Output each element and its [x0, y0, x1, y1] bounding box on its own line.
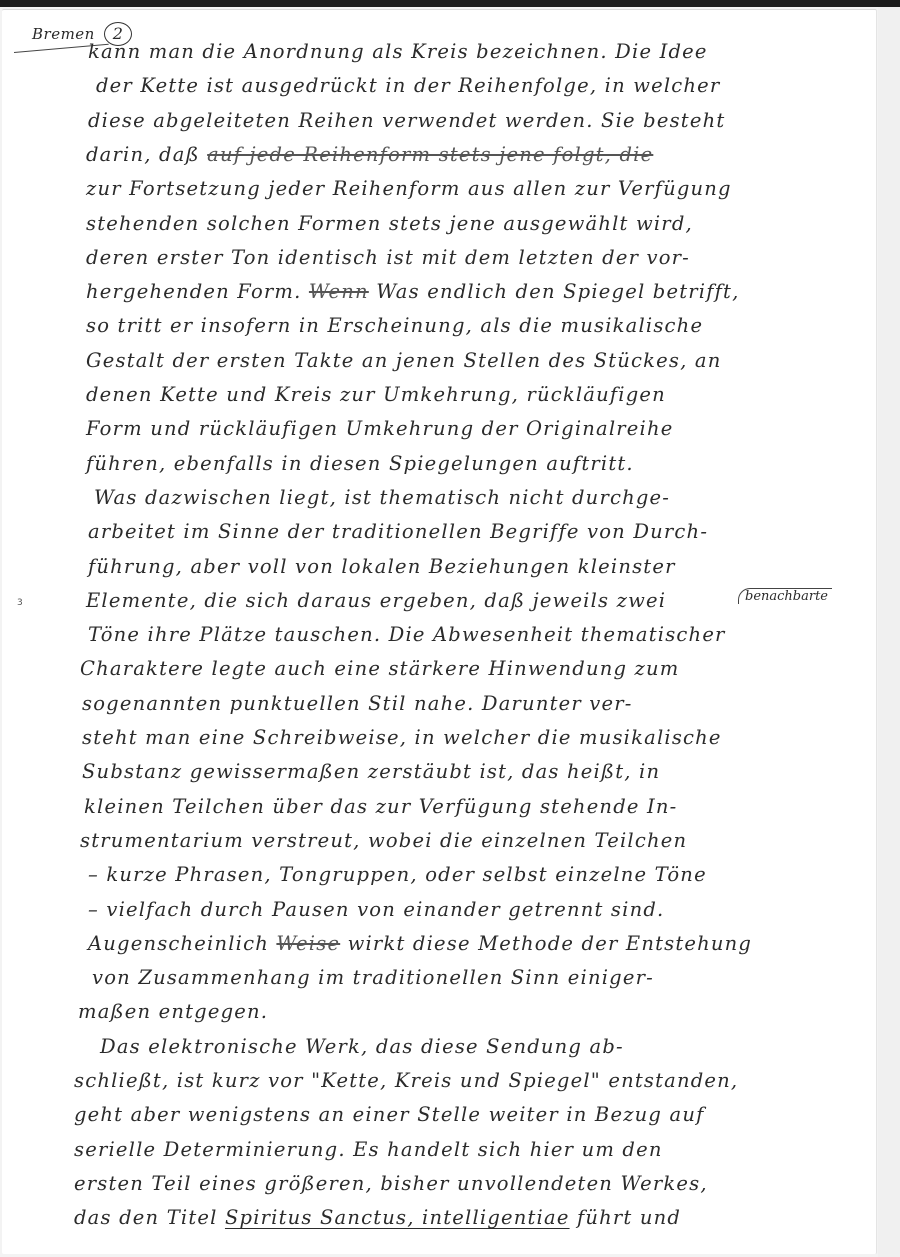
line-text: diese abgeleiteten Reihen verwendet werd…	[88, 109, 725, 132]
manuscript-line: kleinen Teilchen über das zur Verfügung …	[84, 795, 677, 818]
line-text: deren erster Ton identisch ist mit dem l…	[86, 246, 690, 269]
manuscript-line: – kurze Phrasen, Tongruppen, oder selbst…	[88, 863, 707, 886]
line-text: kleinen Teilchen über das zur Verfügung …	[84, 795, 677, 818]
line-text: hergehenden Form.	[86, 280, 309, 303]
line-text: kann man die Anordnung als Kreis bezeich…	[88, 40, 708, 63]
manuscript-line: führung, aber voll von lokalen Beziehung…	[88, 555, 676, 578]
manuscript-line: zur Fortsetzung jeder Reihenform aus all…	[86, 177, 732, 200]
line-text: führung, aber voll von lokalen Beziehung…	[88, 555, 676, 578]
manuscript-line: Töne ihre Plätze tauschen. Die Abwesenhe…	[88, 623, 726, 646]
line-text: stehenden solchen Formen stets jene ausg…	[86, 212, 693, 235]
underlined-title: Spiritus Sanctus, intelligentiae	[225, 1206, 570, 1229]
manuscript-line: so tritt er insofern in Erscheinung, als…	[86, 314, 703, 337]
line-text: arbeitet im Sinne der traditionellen Beg…	[88, 520, 708, 543]
line-text: Charaktere legte auch eine stärkere Hinw…	[80, 657, 679, 680]
manuscript-line: schließt, ist kurz vor "Kette, Kreis und…	[74, 1069, 738, 1092]
line-text: Elemente, die sich daraus ergeben, daß j…	[86, 589, 666, 612]
manuscript-line: serielle Determinierung. Es handelt sich…	[74, 1138, 663, 1161]
line-text: von Zusammenhang im traditionellen Sinn …	[92, 966, 654, 989]
manuscript-line: denen Kette und Kreis zur Umkehrung, rüc…	[86, 383, 666, 406]
line-text: geht aber wenigstens an einer Stelle wei…	[74, 1103, 705, 1126]
manuscript-line: Gestalt der ersten Takte an jenen Stelle…	[86, 349, 722, 372]
struck-text: auf jede Reihenform stets jene folgt, di…	[207, 143, 653, 166]
manuscript-line: darin, daß auf jede Reihenform stets jen…	[86, 143, 653, 166]
line-text: steht man eine Schreibweise, in welcher …	[82, 726, 722, 749]
manuscript-line: das den Titel Spiritus Sanctus, intellig…	[74, 1206, 681, 1229]
manuscript-line: Das elektronische Werk, das diese Sendun…	[100, 1035, 624, 1058]
line-text: Augenscheinlich	[88, 932, 276, 955]
manuscript-line: der Kette ist ausgedrückt in der Reihenf…	[96, 74, 720, 97]
struck-text: Wenn	[309, 280, 369, 303]
line-text: maßen entgegen.	[78, 1000, 268, 1023]
manuscript-line: kann man die Anordnung als Kreis bezeich…	[88, 40, 708, 63]
scanner-right-edge	[878, 7, 900, 1257]
line-text: das den Titel	[74, 1206, 225, 1229]
line-text: der Kette ist ausgedrückt in der Reihenf…	[96, 74, 720, 97]
line-text: – kurze Phrasen, Tongruppen, oder selbst…	[88, 863, 707, 886]
manuscript-text: kann man die Anordnung als Kreis bezeich…	[0, 0, 876, 1257]
line-text: sogenannten punktuellen Stil nahe. Darun…	[82, 692, 633, 715]
line-text: so tritt er insofern in Erscheinung, als…	[86, 314, 703, 337]
manuscript-line: ersten Teil eines größeren, bisher unvol…	[74, 1172, 708, 1195]
manuscript-line: – vielfach durch Pausen von einander get…	[88, 898, 664, 921]
line-text: Form und rückläufigen Umkehrung der Orig…	[86, 417, 673, 440]
manuscript-line: von Zusammenhang im traditionellen Sinn …	[92, 966, 654, 989]
manuscript-line: Form und rückläufigen Umkehrung der Orig…	[86, 417, 673, 440]
line-text: Das elektronische Werk, das diese Sendun…	[100, 1035, 624, 1058]
line-text: schließt, ist kurz vor "Kette, Kreis und…	[74, 1069, 738, 1092]
manuscript-line: maßen entgegen.	[78, 1000, 268, 1023]
manuscript-line: Elemente, die sich daraus ergeben, daß j…	[86, 589, 666, 612]
manuscript-line: sogenannten punktuellen Stil nahe. Darun…	[82, 692, 633, 715]
line-text: zur Fortsetzung jeder Reihenform aus all…	[86, 177, 732, 200]
manuscript-line: geht aber wenigstens an einer Stelle wei…	[74, 1103, 705, 1126]
line-text: strumentarium verstreut, wobei die einze…	[80, 829, 687, 852]
line-text: Töne ihre Plätze tauschen. Die Abwesenhe…	[88, 623, 726, 646]
line-text: Gestalt der ersten Takte an jenen Stelle…	[86, 349, 722, 372]
manuscript-line: steht man eine Schreibweise, in welcher …	[82, 726, 722, 749]
line-text-continued: wirkt diese Methode der Entstehung	[340, 932, 752, 955]
line-text: denen Kette und Kreis zur Umkehrung, rüc…	[86, 383, 666, 406]
line-text-continued: führt und	[570, 1206, 682, 1229]
manuscript-line: strumentarium verstreut, wobei die einze…	[80, 829, 687, 852]
manuscript-line: stehenden solchen Formen stets jene ausg…	[86, 212, 693, 235]
manuscript-line: Was dazwischen liegt, ist thematisch nic…	[94, 486, 670, 509]
manuscript-line: Charaktere legte auch eine stärkere Hinw…	[80, 657, 679, 680]
manuscript-line: deren erster Ton identisch ist mit dem l…	[86, 246, 690, 269]
line-text: Was dazwischen liegt, ist thematisch nic…	[94, 486, 670, 509]
manuscript-line: hergehenden Form. Wenn Was endlich den S…	[86, 280, 739, 303]
line-text: Substanz gewissermaßen zerstäubt ist, da…	[82, 760, 660, 783]
struck-text: Weise	[276, 932, 340, 955]
line-text: ersten Teil eines größeren, bisher unvol…	[74, 1172, 708, 1195]
manuscript-line: führen, ebenfalls in diesen Spiegelungen…	[86, 452, 634, 475]
line-text: führen, ebenfalls in diesen Spiegelungen…	[86, 452, 634, 475]
line-text: darin, daß	[86, 143, 207, 166]
manuscript-line: arbeitet im Sinne der traditionellen Beg…	[88, 520, 708, 543]
manuscript-line: diese abgeleiteten Reihen verwendet werd…	[88, 109, 725, 132]
line-text: serielle Determinierung. Es handelt sich…	[74, 1138, 663, 1161]
line-text: – vielfach durch Pausen von einander get…	[88, 898, 664, 921]
line-text-continued: Was endlich den Spiegel betrifft,	[369, 280, 740, 303]
manuscript-line: Augenscheinlich Weise wirkt diese Method…	[88, 932, 752, 955]
manuscript-line: Substanz gewissermaßen zerstäubt ist, da…	[82, 760, 660, 783]
